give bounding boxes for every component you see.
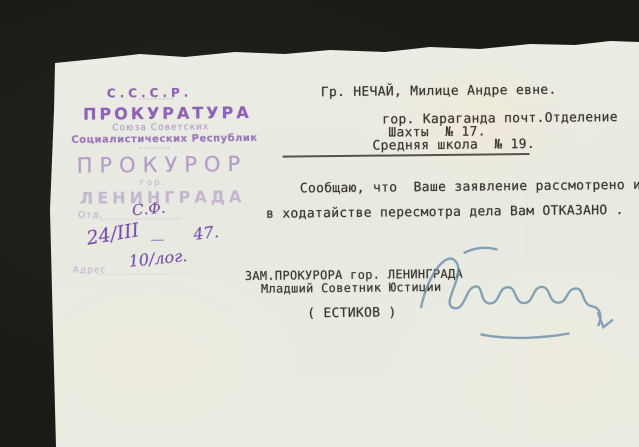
body-line-1: Сообщаю, что Ваше заявление рассмотрено … (300, 178, 639, 197)
stamp-org-sub2: Социалистических Республик (71, 133, 257, 146)
stamp-city-prefix: гор. (140, 178, 167, 188)
signer-surname-line: ( ЕСТИКОВ ) (307, 305, 397, 321)
body-line-2: в ходатайстве пересмотра дела Вам ОТКАЗА… (266, 203, 624, 222)
stamp-dotted-rule (139, 98, 173, 100)
handwritten-initials: С.Ф. (131, 199, 166, 220)
signature-scrawl (412, 235, 638, 347)
handwritten-date: 24/III (85, 219, 141, 250)
letter-content: С.С.С.Р. ПРОКУРАТУРА Союза Советских Соц… (0, 0, 639, 447)
addressee-underline (283, 153, 530, 157)
handwritten-year: 47. (192, 222, 219, 244)
handwritten-number: 10/лог. (128, 246, 188, 271)
handwritten-dash: — (150, 232, 164, 248)
addressee-name-line: Гр. НЕЧАЙ, Милице Андре евне. (321, 83, 557, 100)
stamp-org: ПРОКУРАТУРА (83, 103, 252, 124)
stamp-dotted-rule (139, 147, 169, 149)
stamp-dotted-rule (99, 273, 189, 276)
stamp-title: ПРОКУРОР (77, 152, 248, 178)
addressee-school-line: Средняя школа № 19. (372, 137, 535, 154)
scanned-document-photo: С.С.С.Р. ПРОКУРАТУРА Союза Советских Соц… (0, 0, 639, 447)
letter-paper: С.С.С.Р. ПРОКУРАТУРА Союза Советских Соц… (0, 0, 639, 447)
stamp-org-sub1: Союза Советских (112, 122, 209, 133)
